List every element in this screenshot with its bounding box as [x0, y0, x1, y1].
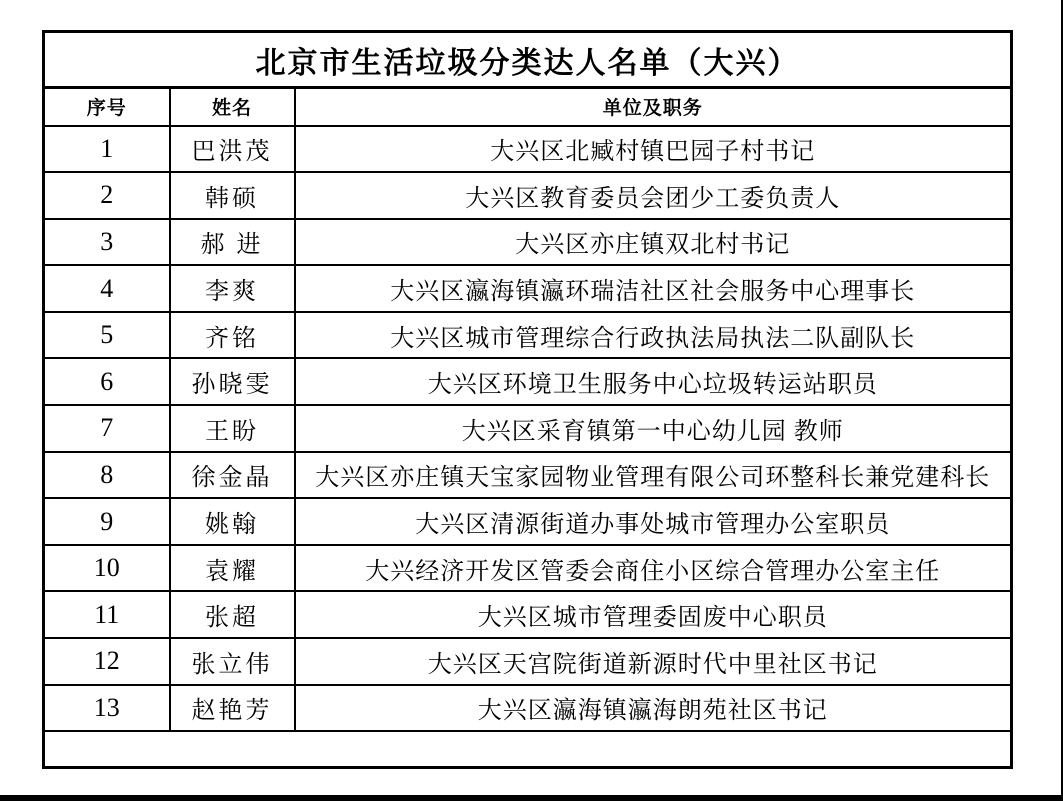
row-number-cell: 1 — [44, 126, 170, 173]
row-number-cell: 13 — [44, 685, 170, 732]
table-row: 5 齐铭 大兴区城市管理综合行政执法局执法二队副队长 — [44, 312, 1012, 359]
name-cell: 袁耀 — [170, 545, 295, 592]
name-cell: 姚翰 — [170, 498, 295, 545]
row-number-cell: 5 — [44, 312, 170, 359]
unit-cell: 大兴区北臧村镇巴园子村书记 — [295, 126, 1012, 173]
title-row: 北京市生活垃圾分类达人名单（大兴） — [44, 32, 1012, 88]
unit-cell: 大兴区城市管理综合行政执法局执法二队副队长 — [295, 312, 1012, 359]
unit-cell: 大兴区清源街道办事处城市管理办公室职员 — [295, 498, 1012, 545]
name-cell: 李爽 — [170, 265, 295, 312]
name-cell: 赵艳芳 — [170, 685, 295, 732]
table-row: 9 姚翰 大兴区清源街道办事处城市管理办公室职员 — [44, 498, 1012, 545]
table-row: 10 袁耀 大兴经济开发区管委会商住小区综合管理办公室主任 — [44, 545, 1012, 592]
row-number-cell: 9 — [44, 498, 170, 545]
unit-cell: 大兴区城市管理委固废中心职员 — [295, 591, 1012, 638]
name-cell: 巴洪茂 — [170, 126, 295, 173]
table-row: 1 巴洪茂 大兴区北臧村镇巴园子村书记 — [44, 126, 1012, 173]
table-row: 12 张立伟 大兴区天宫院街道新源时代中里社区书记 — [44, 638, 1012, 685]
name-cell: 孙晓雯 — [170, 358, 295, 405]
roster-table: 北京市生活垃圾分类达人名单（大兴） 序号 姓名 单位及职务 1 巴洪茂 大兴区北… — [42, 30, 1013, 769]
column-header-unit: 单位及职务 — [295, 88, 1012, 126]
name-cell: 王盼 — [170, 405, 295, 452]
header-row: 序号 姓名 单位及职务 — [44, 88, 1012, 126]
row-number-cell: 3 — [44, 219, 170, 266]
table-row: 7 王盼 大兴区采育镇第一中心幼儿园 教师 — [44, 405, 1012, 452]
row-number-cell: 7 — [44, 405, 170, 452]
column-header-name: 姓名 — [170, 88, 295, 126]
unit-cell: 大兴区环境卫生服务中心垃圾转运站职员 — [295, 358, 1012, 405]
table-row: 2 韩硕 大兴区教育委员会团少工委负责人 — [44, 172, 1012, 219]
name-cell: 郝 进 — [170, 219, 295, 266]
page-bottom-border-line — [0, 795, 1063, 801]
unit-cell: 大兴区亦庄镇双北村书记 — [295, 219, 1012, 266]
table-body: 1 巴洪茂 大兴区北臧村镇巴园子村书记 2 韩硕 大兴区教育委员会团少工委负责人… — [44, 126, 1012, 732]
unit-cell: 大兴区瀛海镇瀛海朗苑社区书记 — [295, 685, 1012, 732]
unit-cell: 大兴区瀛海镇瀛环瑞洁社区社会服务中心理事长 — [295, 265, 1012, 312]
unit-cell: 大兴区教育委员会团少工委负责人 — [295, 172, 1012, 219]
unit-cell: 大兴经济开发区管委会商住小区综合管理办公室主任 — [295, 545, 1012, 592]
table-row: 4 李爽 大兴区瀛海镇瀛环瑞洁社区社会服务中心理事长 — [44, 265, 1012, 312]
row-number-cell: 11 — [44, 591, 170, 638]
unit-cell: 大兴区亦庄镇天宝家园物业管理有限公司环整科长兼党建科长 — [295, 452, 1012, 499]
name-cell: 齐铭 — [170, 312, 295, 359]
table-row: 13 赵艳芳 大兴区瀛海镇瀛海朗苑社区书记 — [44, 685, 1012, 732]
empty-trailing-row — [44, 731, 1012, 767]
column-header-no: 序号 — [44, 88, 170, 126]
row-number-cell: 12 — [44, 638, 170, 685]
name-cell: 张立伟 — [170, 638, 295, 685]
table-row: 6 孙晓雯 大兴区环境卫生服务中心垃圾转运站职员 — [44, 358, 1012, 405]
unit-cell: 大兴区天宫院街道新源时代中里社区书记 — [295, 638, 1012, 685]
name-cell: 韩硕 — [170, 172, 295, 219]
row-number-cell: 4 — [44, 265, 170, 312]
row-number-cell: 10 — [44, 545, 170, 592]
name-cell: 张超 — [170, 591, 295, 638]
table-row: 3 郝 进 大兴区亦庄镇双北村书记 — [44, 219, 1012, 266]
row-number-cell: 6 — [44, 358, 170, 405]
name-cell: 徐金晶 — [170, 452, 295, 499]
unit-cell: 大兴区采育镇第一中心幼儿园 教师 — [295, 405, 1012, 452]
row-number-cell: 2 — [44, 172, 170, 219]
table-title: 北京市生活垃圾分类达人名单（大兴） — [44, 32, 1012, 88]
empty-cell — [44, 731, 1012, 767]
row-number-cell: 8 — [44, 452, 170, 499]
table-row: 8 徐金晶 大兴区亦庄镇天宝家园物业管理有限公司环整科长兼党建科长 — [44, 452, 1012, 499]
document-page: 北京市生活垃圾分类达人名单（大兴） 序号 姓名 单位及职务 1 巴洪茂 大兴区北… — [0, 0, 1063, 801]
table-row: 11 张超 大兴区城市管理委固废中心职员 — [44, 591, 1012, 638]
